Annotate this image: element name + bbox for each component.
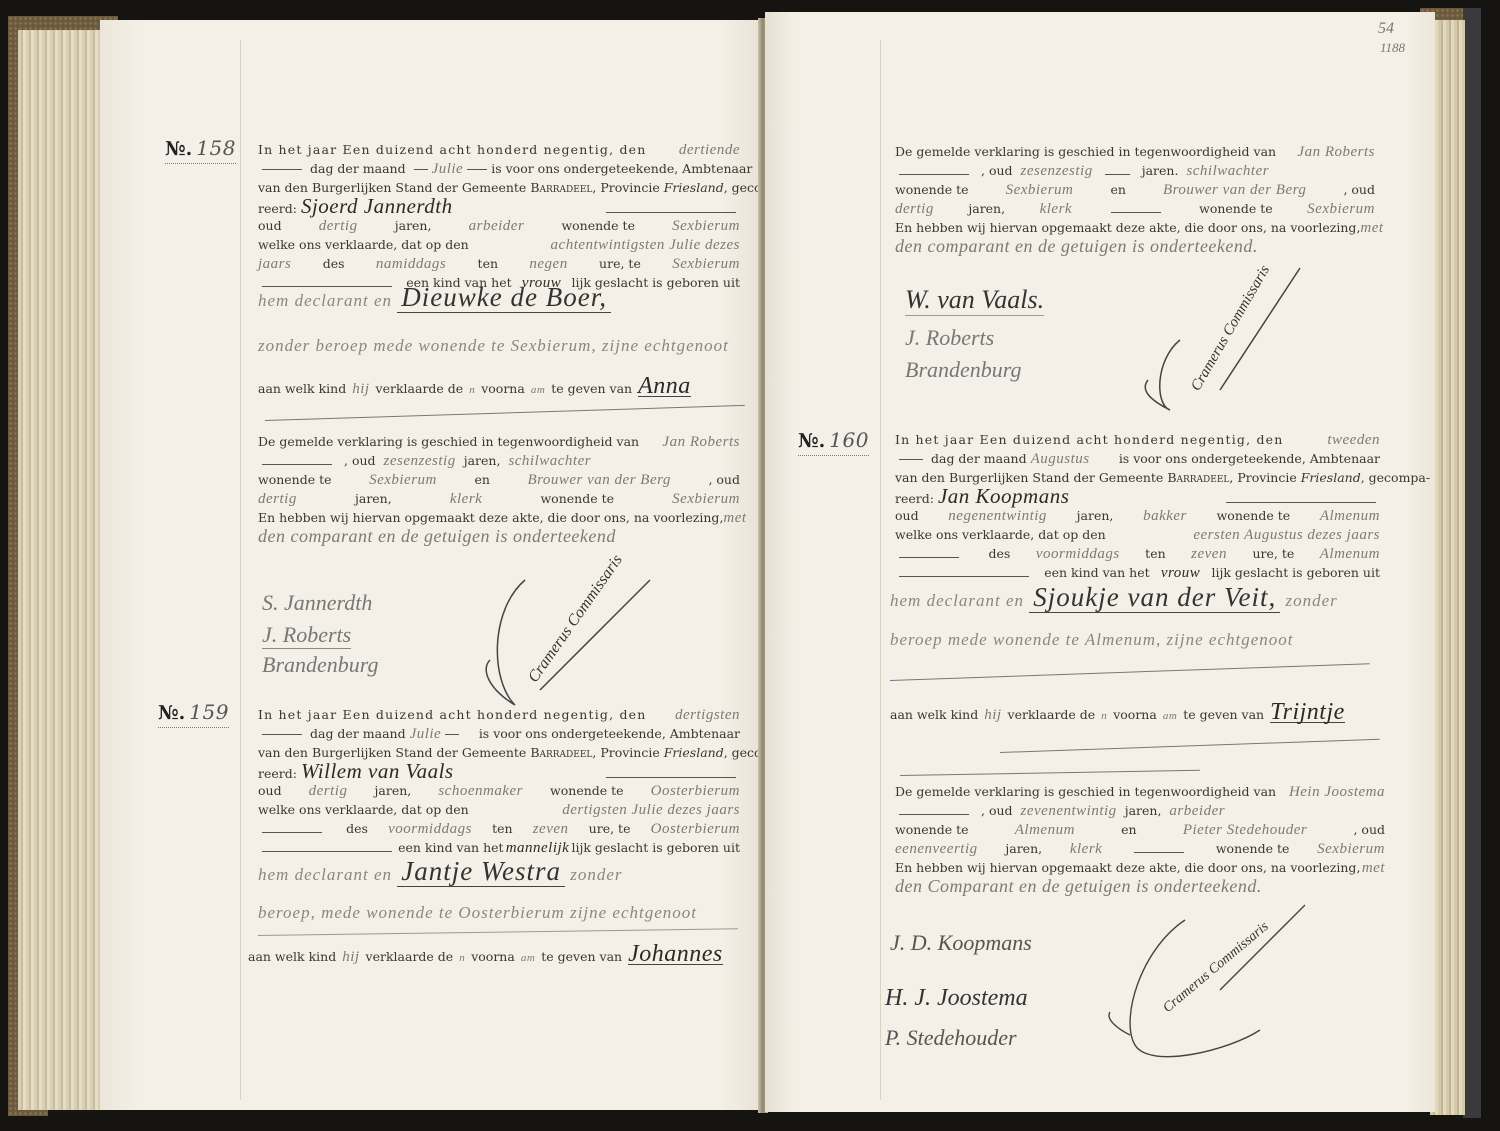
signature-witness-1: H. J. Joostema	[885, 985, 1028, 1012]
entry-159-body: In het jaar Een duizend acht honderd neg…	[258, 705, 740, 857]
entry-158-body: In het jaar Een duizend acht honderd neg…	[258, 140, 740, 292]
page-edges-right	[1430, 20, 1465, 1115]
occupation-line-159: beroep, mede wonende te Oosterbierum zij…	[258, 903, 697, 923]
signature-witness-1: J. Roberts	[262, 622, 351, 649]
signature-witness-2: P. Stedehouder	[885, 1025, 1017, 1051]
entry-number-159: №.159	[158, 700, 229, 724]
naming-line-158: aan welk kindhijverklaarde denvoornaamte…	[258, 377, 740, 396]
signature-declarant: J. D. Koopmans	[890, 930, 1032, 956]
naming-line-159: aan welk kindhijverklaarde denvoornaamte…	[248, 945, 748, 964]
mother-line-159: hem declarant en Jantje Westra zonder	[258, 856, 623, 887]
entry-160-body: In het jaar Een duizend acht honderd neg…	[895, 430, 1380, 582]
witness-block-158: De gemelde verklaring is geschied in teg…	[258, 432, 740, 553]
signature-witness-1: J. Roberts	[905, 325, 994, 351]
occupation-line-158: zonder beroep mede wonende te Sexbierum,…	[258, 336, 729, 356]
witness-block-160: De gemelde verklaring is geschied in teg…	[895, 782, 1385, 905]
signature-flourish	[470, 570, 670, 720]
mother-line-158: hem declarant en Dieuwke de Boer,	[258, 282, 611, 313]
signature-witness-2: Brandenburg	[905, 357, 1022, 383]
occupation-line-160: beroep mede wonende te Almenum, zijne ec…	[890, 630, 1293, 650]
naming-line-160: aan welk kindhijverklaarde denvoornaamte…	[890, 703, 1385, 722]
witness-block-159: De gemelde verklaring is geschied in teg…	[895, 142, 1375, 267]
margin-rule	[880, 40, 881, 1100]
signature-flourish	[1120, 260, 1320, 420]
entry-number-158: №.158	[165, 136, 236, 160]
book-cover-right	[1463, 8, 1481, 1118]
mother-line-160: hem declarant en Sjoukje van der Veit, z…	[890, 582, 1338, 613]
folio-mark: 1188	[1380, 40, 1405, 56]
margin-rule	[240, 40, 241, 1100]
folio-number: 54	[1378, 20, 1394, 38]
signature-witness-2: Brandenburg	[262, 652, 379, 678]
entry-number-160: №.160	[798, 428, 869, 452]
signature-flourish	[1080, 900, 1320, 1070]
page-edges-left	[18, 30, 108, 1110]
signature-declarant: W. van Vaals.	[905, 285, 1044, 316]
signature-declarant: S. Jannerdth	[262, 590, 372, 616]
